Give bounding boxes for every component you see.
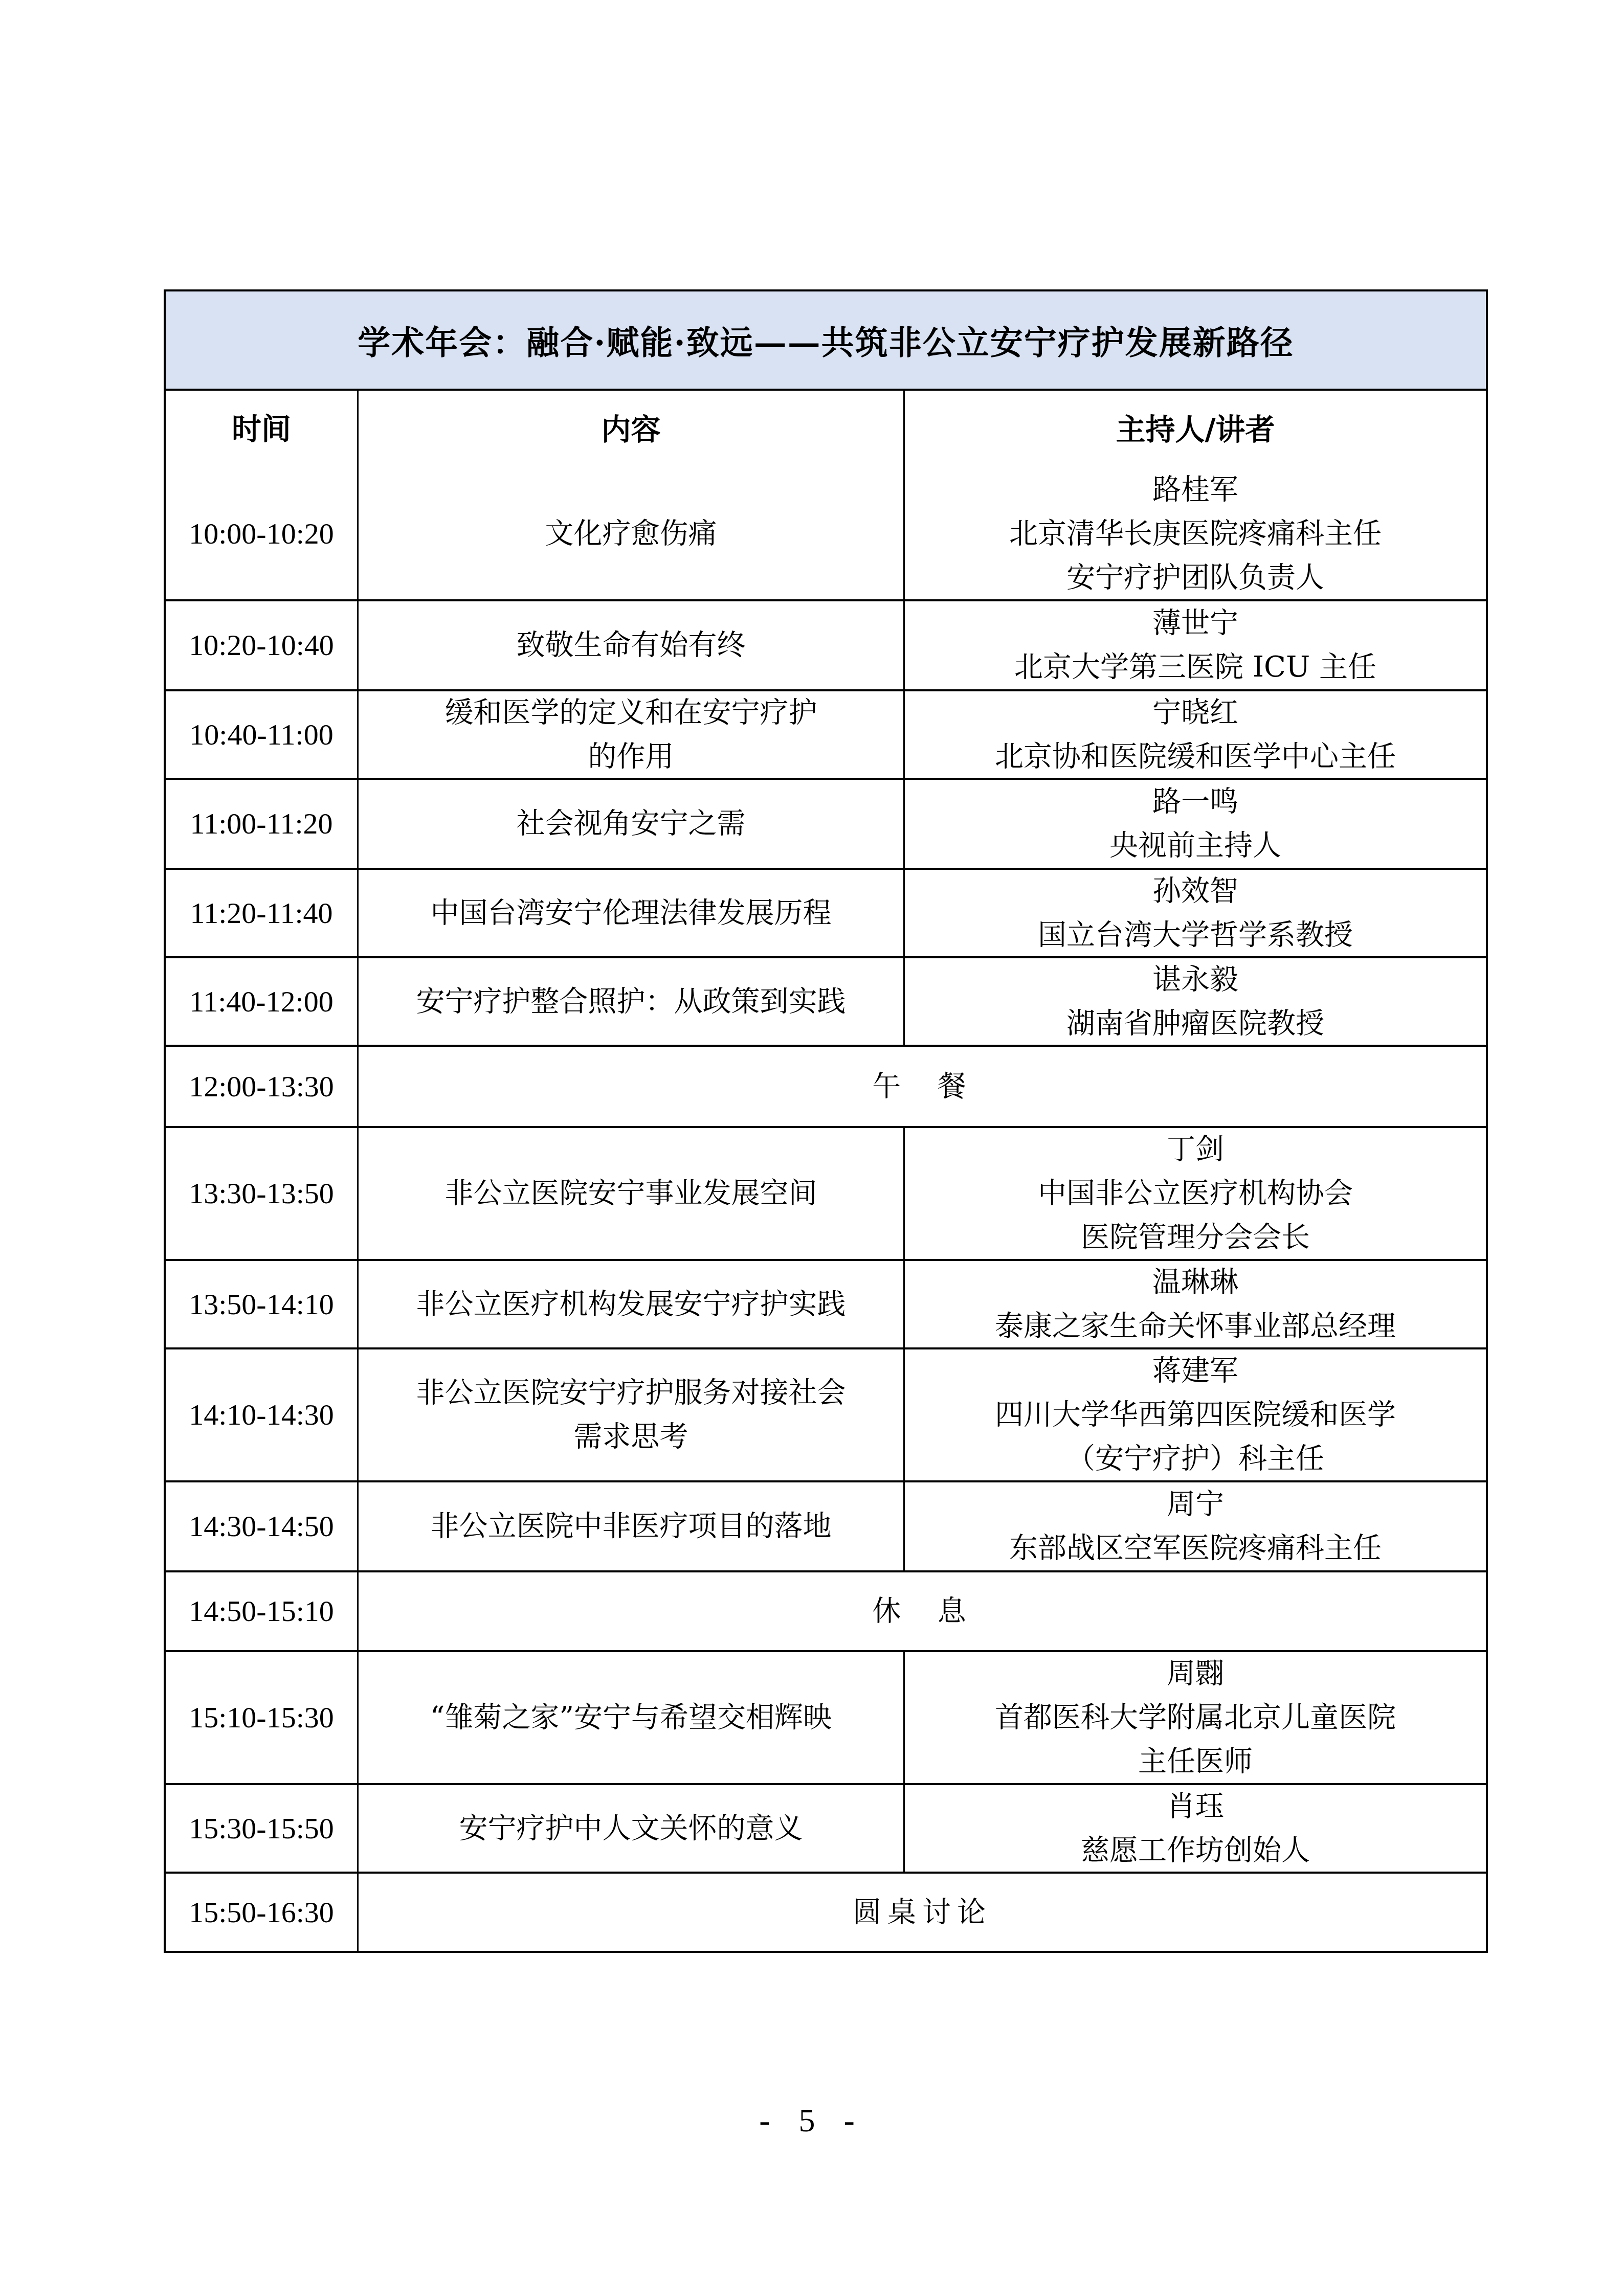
break-row: 14:50-15:10休 息 (166, 1570, 1486, 1650)
time-cell: 10:40-11:00 (166, 691, 359, 778)
content-cell: 非公立医院中非医疗项目的落地 (359, 1482, 905, 1570)
header-speaker: 主持人/讲者 (905, 391, 1486, 468)
table-title: 学术年会：融合·赋能·致远——共筑非公立安宁疗护发展新路径 (166, 291, 1486, 389)
speaker-name: 薄世宁 (1152, 601, 1238, 645)
time-cell: 11:20-11:40 (166, 870, 359, 956)
content-line: 非公立医疗机构发展安宁疗护实践 (416, 1282, 846, 1326)
speaker-title: 北京协和医院缓和医学中心主任 (995, 735, 1396, 779)
content-cell: 致敬生命有始有终 (359, 601, 905, 689)
speaker-title: 东部战区空军医院疼痛科主任 (1009, 1526, 1382, 1570)
speaker-name: 温琳琳 (1152, 1260, 1238, 1304)
session-row: 10:40-11:00缓和医学的定义和在安宁疗护的作用宁晓红北京协和医院缓和医学… (166, 689, 1486, 778)
speaker-title: 主任医师 (1138, 1740, 1253, 1784)
speaker-title: 北京清华长庚医院疼痛科主任 (1009, 512, 1382, 556)
time-cell: 14:50-15:10 (166, 1572, 359, 1650)
session-row: 11:20-11:40中国台湾安宁伦理法律发展历程孙效智国立台湾大学哲学系教授 (166, 868, 1486, 956)
speaker-title: 国立台湾大学哲学系教授 (1038, 913, 1353, 957)
speaker-name: 周宁 (1167, 1482, 1224, 1526)
speaker-title: 慈愿工作坊创始人 (1081, 1829, 1310, 1873)
speaker-cell: 丁剑中国非公立医疗机构协会医院管理分会会长 (905, 1128, 1486, 1259)
speaker-name: 宁晓红 (1152, 691, 1238, 735)
speaker-cell: 路一鸣央视前主持人 (905, 780, 1486, 868)
content-line: 非公立医院中非医疗项目的落地 (431, 1504, 832, 1548)
content-cell: 中国台湾安宁伦理法律发展历程 (359, 870, 905, 956)
time-cell: 13:50-14:10 (166, 1261, 359, 1347)
content-cell: 文化疗愈伤痛 (359, 468, 905, 599)
speaker-title: 四川大学华西第四医院缓和医学 (995, 1393, 1396, 1437)
content-line: 致敬生命有始有终 (517, 623, 746, 667)
session-row: 13:50-14:10非公立医疗机构发展安宁疗护实践温琳琳泰康之家生命关怀事业部… (166, 1259, 1486, 1347)
time-cell: 10:20-10:40 (166, 601, 359, 689)
speaker-title: 安宁疗护团队负责人 (1066, 556, 1324, 600)
speaker-name: 肖珏 (1167, 1785, 1224, 1829)
content-cell: 非公立医疗机构发展安宁疗护实践 (359, 1261, 905, 1347)
break-cell: 圆桌讨论 (359, 1874, 1486, 1951)
content-cell: 安宁疗护中人文关怀的意义 (359, 1785, 905, 1872)
speaker-cell: 肖珏慈愿工作坊创始人 (905, 1785, 1486, 1872)
content-line: 缓和医学的定义和在安宁疗护 (445, 691, 817, 735)
speaker-name: 丁剑 (1167, 1128, 1224, 1172)
content-cell: 社会视角安宁之需 (359, 780, 905, 868)
content-line: 非公立医院安宁疗护服务对接社会 (416, 1371, 846, 1415)
break-cell: 休 息 (359, 1572, 1486, 1650)
speaker-cell: 宁晓红北京协和医院缓和医学中心主任 (905, 691, 1486, 778)
speaker-title: （安宁疗护）科主任 (1066, 1437, 1324, 1481)
session-row: 15:30-15:50安宁疗护中人文关怀的意义肖珏慈愿工作坊创始人 (166, 1783, 1486, 1872)
session-row: 14:10-14:30非公立医院安宁疗护服务对接社会需求思考蒋建军四川大学华西第… (166, 1347, 1486, 1480)
content-line: 安宁疗护中人文关怀的意义 (459, 1807, 803, 1851)
time-cell: 10:00-10:20 (166, 468, 359, 599)
session-row: 10:20-10:40致敬生命有始有终薄世宁北京大学第三医院 ICU 主任 (166, 599, 1486, 689)
page-number: - 5 - (0, 2102, 1624, 2140)
header-content: 内容 (359, 391, 905, 468)
time-cell: 13:30-13:50 (166, 1128, 359, 1259)
break-row: 12:00-13:30午 餐 (166, 1045, 1486, 1126)
speaker-cell: 周宁东部战区空军医院疼痛科主任 (905, 1482, 1486, 1570)
speaker-name: 周翾 (1167, 1652, 1224, 1696)
speaker-title: 中国非公立医疗机构协会 (1038, 1172, 1353, 1215)
content-line: 社会视角安宁之需 (517, 802, 746, 846)
session-row: 14:30-14:50非公立医院中非医疗项目的落地周宁东部战区空军医院疼痛科主任 (166, 1480, 1486, 1570)
speaker-title: 医院管理分会会长 (1081, 1215, 1310, 1259)
content-line: 需求思考 (574, 1415, 688, 1459)
table-body: 10:00-10:20文化疗愈伤痛路桂军北京清华长庚医院疼痛科主任安宁疗护团队负… (166, 468, 1486, 1951)
speaker-name: 孙效智 (1152, 869, 1238, 913)
content-line: “雏菊之家”安宁与希望交相辉映 (430, 1696, 832, 1740)
content-cell: 非公立医院安宁疗护服务对接社会需求思考 (359, 1349, 905, 1480)
agenda-table: 学术年会：融合·赋能·致远——共筑非公立安宁疗护发展新路径 时间 内容 主持人/… (164, 289, 1488, 1953)
session-row: 11:40-12:00安宁疗护整合照护：从政策到实践谌永毅湖南省肿瘤医院教授 (166, 956, 1486, 1045)
speaker-cell: 蒋建军四川大学华西第四医院缓和医学（安宁疗护）科主任 (905, 1349, 1486, 1480)
content-line: 非公立医院安宁事业发展空间 (445, 1172, 817, 1215)
time-cell: 15:50-16:30 (166, 1874, 359, 1951)
speaker-cell: 谌永毅湖南省肿瘤医院教授 (905, 958, 1486, 1045)
break-cell: 午 餐 (359, 1047, 1486, 1126)
content-cell: “雏菊之家”安宁与希望交相辉映 (359, 1652, 905, 1783)
time-cell: 11:40-12:00 (166, 958, 359, 1045)
speaker-name: 路桂军 (1152, 468, 1238, 512)
speaker-cell: 周翾首都医科大学附属北京儿童医院主任医师 (905, 1652, 1486, 1783)
time-cell: 14:30-14:50 (166, 1482, 359, 1570)
session-row: 15:10-15:30“雏菊之家”安宁与希望交相辉映周翾首都医科大学附属北京儿童… (166, 1650, 1486, 1783)
content-cell: 非公立医院安宁事业发展空间 (359, 1128, 905, 1259)
speaker-cell: 孙效智国立台湾大学哲学系教授 (905, 870, 1486, 956)
time-cell: 15:30-15:50 (166, 1785, 359, 1872)
speaker-cell: 温琳琳泰康之家生命关怀事业部总经理 (905, 1261, 1486, 1347)
speaker-name: 蒋建军 (1152, 1349, 1238, 1393)
break-row: 15:50-16:30圆桌讨论 (166, 1872, 1486, 1951)
content-cell: 安宁疗护整合照护：从政策到实践 (359, 958, 905, 1045)
speaker-cell: 薄世宁北京大学第三医院 ICU 主任 (905, 601, 1486, 689)
speaker-title: 湖南省肿瘤医院教授 (1066, 1002, 1324, 1046)
session-row: 10:00-10:20文化疗愈伤痛路桂军北京清华长庚医院疼痛科主任安宁疗护团队负… (166, 468, 1486, 599)
table-header: 时间 内容 主持人/讲者 (166, 389, 1486, 468)
session-row: 13:30-13:50非公立医院安宁事业发展空间丁剑中国非公立医疗机构协会医院管… (166, 1126, 1486, 1259)
header-time: 时间 (166, 391, 359, 468)
content-line: 的作用 (588, 735, 674, 779)
speaker-cell: 路桂军北京清华长庚医院疼痛科主任安宁疗护团队负责人 (905, 468, 1486, 599)
time-cell: 14:10-14:30 (166, 1349, 359, 1480)
content-cell: 缓和医学的定义和在安宁疗护的作用 (359, 691, 905, 778)
speaker-title: 北京大学第三医院 ICU 主任 (1014, 645, 1376, 689)
speaker-title: 泰康之家生命关怀事业部总经理 (995, 1304, 1396, 1348)
speaker-title: 央视前主持人 (1109, 824, 1281, 868)
speaker-name: 路一鸣 (1152, 780, 1238, 824)
time-cell: 15:10-15:30 (166, 1652, 359, 1783)
session-row: 11:00-11:20社会视角安宁之需路一鸣央视前主持人 (166, 778, 1486, 868)
content-line: 中国台湾安宁伦理法律发展历程 (431, 891, 832, 935)
content-line: 安宁疗护整合照护：从政策到实践 (416, 980, 846, 1024)
speaker-title: 首都医科大学附属北京儿童医院 (995, 1696, 1396, 1740)
speaker-name: 谌永毅 (1152, 958, 1238, 1002)
time-cell: 12:00-13:30 (166, 1047, 359, 1126)
content-line: 文化疗愈伤痛 (545, 512, 717, 556)
time-cell: 11:00-11:20 (166, 780, 359, 868)
